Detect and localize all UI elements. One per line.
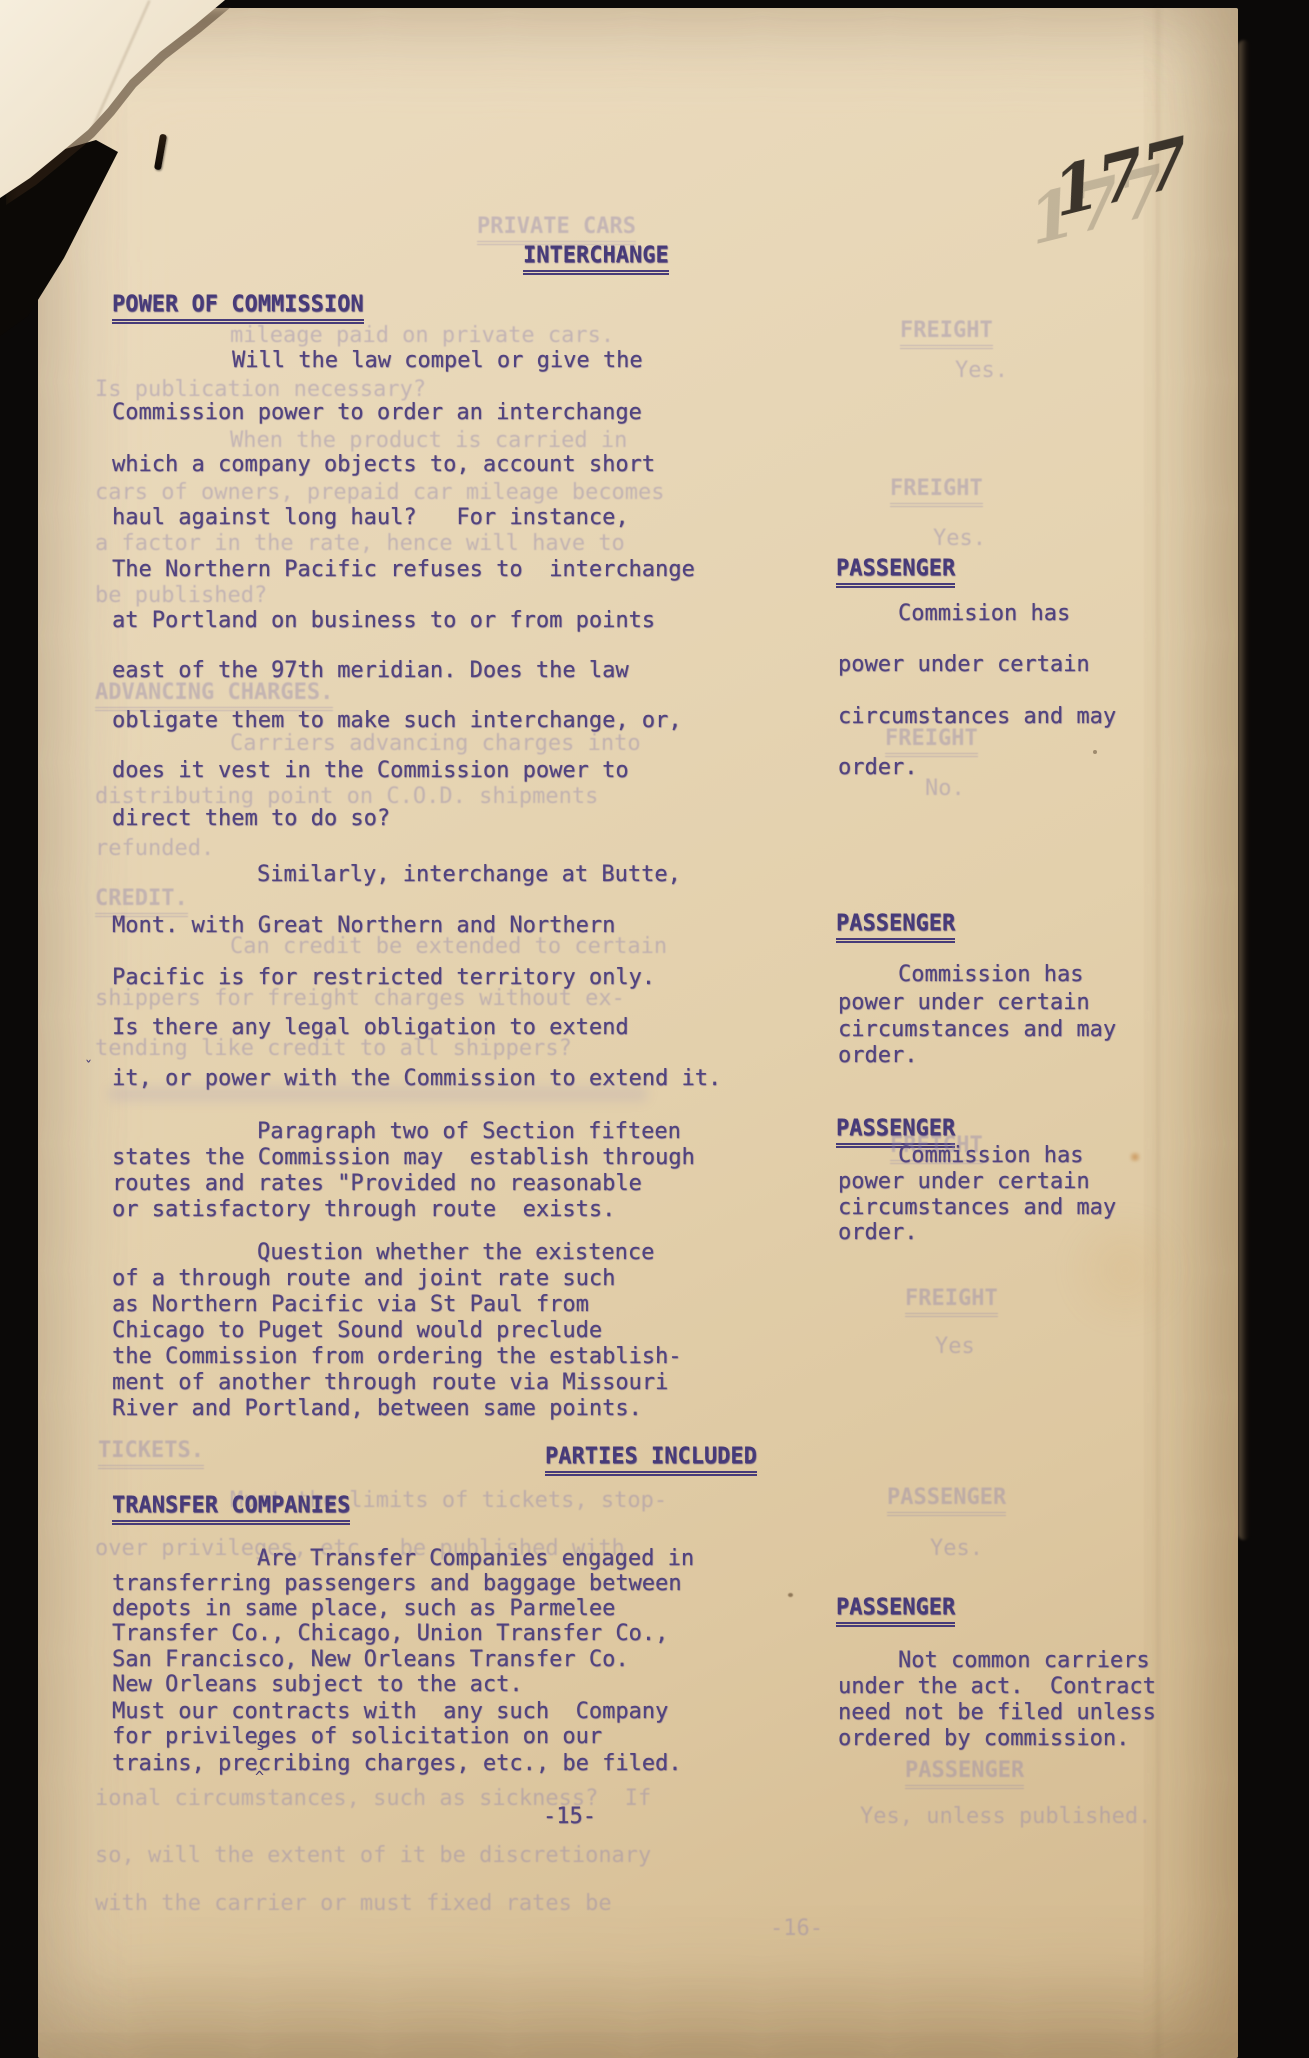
typewritten-line: Question whether the existence [257,1240,654,1265]
typewritten-line: Transfer Co., Chicago, Union Transfer Co… [112,1621,668,1646]
typewritten-line: obligate them to make such interchange, … [112,708,682,733]
typewritten-line: Commission has [898,1143,1083,1168]
ghost-bleedthrough-heading: FREIGHT [900,318,993,349]
ghost-bleedthrough-heading: ADVANCING CHARGES. [95,680,333,711]
typewritten-line: order. [838,755,917,780]
typewritten-line: Chicago to Puget Sound would preclude [112,1318,602,1343]
ghost-bleedthrough-heading: PASSENGER [887,1485,1006,1516]
typewritten-line: circumstances and may [838,1195,1116,1220]
typewritten-line: River and Portland, between same points. [112,1396,642,1421]
typewritten-line: for privileges of solicitation on our [112,1724,602,1749]
typewritten-line: or satisfactory through route exists. [112,1197,615,1222]
typewritten-line: the Commission from ordering the establi… [112,1344,682,1369]
typewritten-line: as Northern Pacific via St Paul from [112,1292,589,1317]
typewritten-line: haul against long haul? For instance, [112,505,629,530]
heading-parties-included: PARTIES INCLUDED [545,1444,757,1476]
ghost-bleedthrough-heading: FREIGHT [885,726,978,757]
ghost-bleedthrough-line: Yes [935,1334,975,1359]
typewritten-line: Must our contracts with any such Company [112,1699,668,1724]
ghost-bleedthrough-line: Carriers advancing charges into [230,731,641,756]
typewritten-line: power under certain [838,990,1090,1015]
page-number: -15- [543,1804,596,1829]
heading-passenger-1: PASSENGER [836,556,955,588]
typewritten-line: Commission has [898,962,1083,987]
insertion-caret: ^ [255,1768,264,1786]
typewritten-line: trains, precribing charges, etc., be fil… [112,1751,682,1776]
typewritten-line: transferring passengers and baggage betw… [112,1571,682,1596]
typewritten-line: states the Commission may establish thro… [112,1145,695,1170]
typewritten-line: need not be filed unless [838,1700,1156,1725]
ghost-bleedthrough-heading: PASSENGER [905,1758,1024,1789]
heading-power-of-commission: POWER OF COMMISSION [112,292,364,324]
heading-transfer-companies: TRANSFER COMPANIES [112,1493,350,1525]
handwritten-folio-number: 177 [1049,122,1194,233]
scanned-document-page: PRIVATE CARSINTERCHANGEPOWER OF COMMISSI… [0,0,1309,2058]
ghost-bleedthrough-line: Is publication necessary? [95,377,426,402]
typewritten-line: San Francisco, New Orleans Transfer Co. [112,1647,629,1672]
ghost-bleedthrough-line: a factor in the rate, hence will have to [95,531,625,556]
typewritten-line: routes and rates "Provided no reasonable [112,1171,642,1196]
ghost-bleedthrough-line: so, will the extent of it be discretiona… [95,1843,651,1868]
ghost-bleedthrough-line: When the product is carried in [230,428,627,453]
ghost-smudge [108,1086,648,1102]
typewritten-line: of a through route and joint rate such [112,1266,615,1291]
typewritten-line: ment of another through route via Missou… [112,1370,668,1395]
ghost-bleedthrough-line: tending like credit to all shippers? [95,1036,572,1061]
typewritten-line: The Northern Pacific refuses to intercha… [112,557,695,582]
ghost-bleedthrough-heading: FREIGHT [905,1286,998,1317]
ghost-bleedthrough-line: No. [925,776,965,801]
ghost-bleedthrough-heading: TICKETS. [98,1438,204,1469]
ghost-bleedthrough-line: cars of owners, prepaid car mileage beco… [95,480,665,505]
heading-interchange: INTERCHANGE [523,243,669,275]
ghost-heading-private-cars: PRIVATE CARS [477,214,636,245]
ghost-bleedthrough-line: Yes. [955,358,1008,383]
ghost-page-number: -16- [770,1916,823,1941]
ghost-bleedthrough-heading: FREIGHT [890,476,983,507]
typewritten-text-layer: PRIVATE CARSINTERCHANGEPOWER OF COMMISSI… [0,0,1309,2058]
typewritten-line: New Orleans subject to the act. [112,1672,523,1697]
typewritten-line: power under certain [838,1169,1090,1194]
typewritten-line: at Portland on business to or from point… [112,608,655,633]
heading-passenger-4: PASSENGER [836,1595,955,1627]
typewritten-line: Commission power to order an interchange [112,400,642,425]
ghost-bleedthrough-line: Can credit be extended to certain [230,934,667,959]
ghost-bleedthrough-line: shippers for freight charges without ex- [95,986,625,1011]
ghost-bleedthrough-line: refunded. [95,836,214,861]
ghost-bleedthrough-line: be published? [95,583,267,608]
typewritten-line: Commision has [898,601,1070,626]
typewritten-line: Paragraph two of Section fifteen [257,1119,681,1144]
typewritten-line: does it vest in the Commission power to [112,758,629,783]
ghost-bleedthrough-line: mileage paid on private cars. [230,323,614,348]
typewritten-line: direct them to do so? [112,806,390,831]
typewritten-line: power under certain [838,652,1090,677]
ghost-bleedthrough-line: Yes. [933,526,986,551]
typewritten-line: ordered by commission. [838,1726,1129,1751]
ghost-bleedthrough-line: Yes, unless published. [860,1804,1151,1829]
ghost-bleedthrough-line: Yes. [930,1536,983,1561]
pen-check-mark: ˇ [84,1058,93,1076]
typewritten-line: circumstances and may [838,1017,1116,1042]
typewritten-line: order. [838,1043,917,1068]
ghost-bleedthrough-line: with the carrier or must fixed rates be [95,1891,612,1916]
typewritten-line: Not common carriers [898,1648,1150,1673]
typewritten-line: order. [838,1220,917,1245]
typewritten-line: under the act. Contract [838,1674,1156,1699]
heading-passenger-2: PASSENGER [836,911,955,943]
typewritten-line: which a company objects to, account shor… [112,452,655,477]
typewritten-line: Are Transfer Companies engaged in [257,1546,694,1571]
typewritten-line: Similarly, interchange at Butte, [257,862,681,887]
typewritten-line: depots in same place, such as Parmelee [112,1596,615,1621]
typewritten-line: Will the law compel or give the [232,348,643,373]
